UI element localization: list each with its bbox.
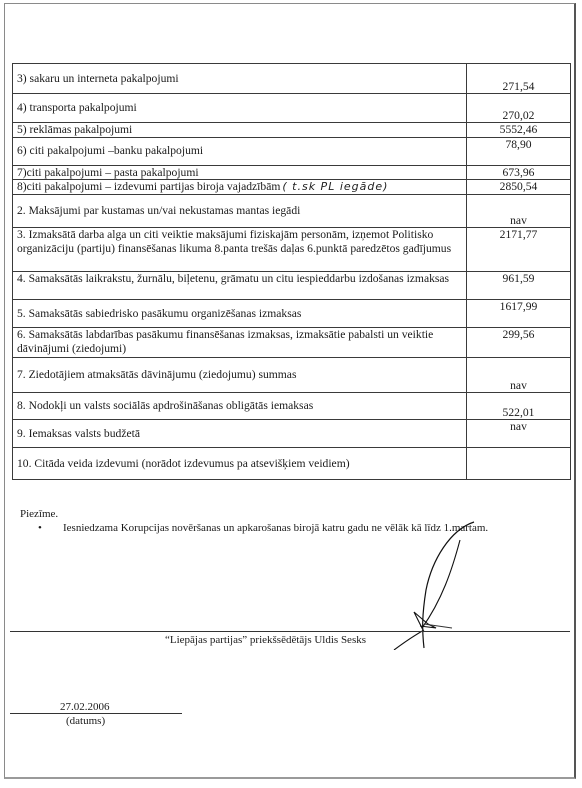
row-value: nav [467,195,571,228]
row-label: 3. Izmaksātā darba alga un citi veiktie … [13,228,467,272]
row-value: 270,02 [467,94,571,123]
table-row: 8. Nodokļi un valsts sociālās apdrošināš… [13,393,571,420]
row-label: 5) reklāmas pakalpojumi [13,123,467,138]
table-row: 5. Samaksātās sabiedrisko pasākumu organ… [13,300,571,328]
table-row: 6) citi pakalpojumi –banku pakalpojumi 7… [13,137,571,165]
table-row: 8)citi pakalpojumi – izdevumi partijas b… [13,180,571,195]
table-row: 10. Citāda veida izdevumi (norādot izdev… [13,448,571,480]
row-value: nav [467,420,571,448]
row-label: 7)citi pakalpojumi – pasta pakalpojumi [13,165,467,180]
table-row: 3) sakaru un interneta pakalpojumi 271,5… [13,64,571,94]
row-label-text: 8)citi pakalpojumi – izdevumi partijas b… [17,180,280,193]
handwritten-annotation: ( t.sk PL iegāde) [282,180,388,193]
row-value: 299,56 [467,328,571,358]
row-label: 4) transporta pakalpojumi [13,94,467,123]
row-label: 7. Ziedotājiem atmaksātās dāvinājumu (zi… [13,358,467,393]
table-row: 3. Izmaksātā darba alga un citi veiktie … [13,228,571,272]
row-label: 3) sakaru un interneta pakalpojumi [13,64,467,94]
row-value [467,448,571,480]
table-row: 4. Samaksātās laikrakstu, žurnālu, biļet… [13,272,571,300]
row-label: 5. Samaksātās sabiedrisko pasākumu organ… [13,300,467,328]
row-label: 10. Citāda veida izdevumi (norādot izdev… [13,448,467,480]
signer-name: “Liepājas partijas” priekšsēdētājs Uldis… [165,634,366,646]
row-label: 4. Samaksātās laikrakstu, žurnālu, biļet… [13,272,467,300]
row-label: 6) citi pakalpojumi –banku pakalpojumi [13,137,467,165]
note-title: Piezīme. [20,508,58,520]
table-row: 9. Iemaksas valsts budžetā nav [13,420,571,448]
table-row: 4) transporta pakalpojumi 270,02 [13,94,571,123]
row-label: 2. Maksājumi par kustamas un/vai nekusta… [13,195,467,228]
date-label: (datums) [66,715,105,727]
row-value: 5552,46 [467,123,571,138]
row-label: 9. Iemaksas valsts budžetā [13,420,467,448]
date-line [10,713,182,714]
table-row: 2. Maksājumi par kustamas un/vai nekusta… [13,195,571,228]
signature-line [10,631,570,632]
row-label: 8)citi pakalpojumi – izdevumi partijas b… [13,180,467,195]
row-value: nav [467,358,571,393]
expenses-table: 3) sakaru un interneta pakalpojumi 271,5… [12,63,571,480]
table-row: 6. Samaksātās labdarības pasākumu finans… [13,328,571,358]
date-value: 27.02.2006 [60,701,110,713]
row-value: 2171,77 [467,228,571,272]
row-value: 961,59 [467,272,571,300]
table-row: 5) reklāmas pakalpojumi 5552,46 [13,123,571,138]
row-value: 1617,99 [467,300,571,328]
row-value: 271,54 [467,64,571,94]
row-value: 78,90 [467,137,571,165]
row-value: 673,96 [467,165,571,180]
table-row: 7)citi pakalpojumi – pasta pakalpojumi 6… [13,165,571,180]
row-value: 522,01 [467,393,571,420]
bullet-icon: • [38,522,42,534]
table-row: 7. Ziedotājiem atmaksātās dāvinājumu (zi… [13,358,571,393]
row-label: 8. Nodokļi un valsts sociālās apdrošināš… [13,393,467,420]
row-value: 2850,54 [467,180,571,195]
row-label: 6. Samaksātās labdarības pasākumu finans… [13,328,467,358]
